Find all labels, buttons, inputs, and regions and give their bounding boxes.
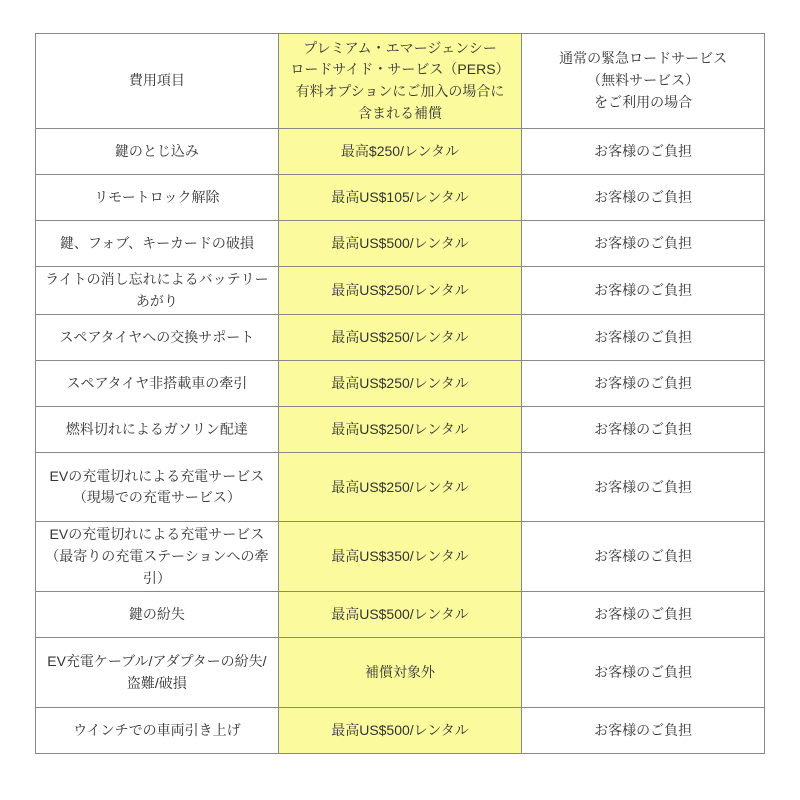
cost-item-cell: スペアタイヤへの交換サポート [36,315,279,361]
cost-item-cell: 鍵のとじ込み [36,129,279,175]
pers-coverage-cell: 補償対象外 [278,638,521,708]
pers-coverage-cell: 最高US$250/レンタル [278,315,521,361]
free-service-cell: お客様のご負担 [522,708,765,754]
table-row: EVの充電切れによる充電サービス （現場での充電サービス） 最高US$250/レ… [36,453,765,522]
table-row: リモートロック解除 最高US$105/レンタル お客様のご負担 [36,175,765,221]
free-service-cell: お客様のご負担 [522,407,765,453]
table-row: スペアタイヤ非搭載車の牽引 最高US$250/レンタル お客様のご負担 [36,361,765,407]
cost-item-cell: ウインチでの車両引き上げ [36,708,279,754]
table-row: 燃料切れによるガソリン配達 最高US$250/レンタル お客様のご負担 [36,407,765,453]
free-service-cell: お客様のご負担 [522,453,765,522]
table-row: EV充電ケーブル/アダプターの紛失/ 盗難/破損 補償対象外 お客様のご負担 [36,638,765,708]
free-service-cell: お客様のご負担 [522,315,765,361]
header-free-service: 通常の緊急ロードサービス （無料サービス） をご利用の場合 [522,34,765,129]
table-row: ライトの消し忘れによるバッテリーあがり 最高US$250/レンタル お客様のご負… [36,267,765,315]
pers-coverage-cell: 最高US$105/レンタル [278,175,521,221]
pers-coverage-cell: 最高US$500/レンタル [278,592,521,638]
table-row: ウインチでの車両引き上げ 最高US$500/レンタル お客様のご負担 [36,708,765,754]
pers-coverage-cell: 最高US$350/レンタル [278,522,521,592]
cost-item-cell: ライトの消し忘れによるバッテリーあがり [36,267,279,315]
free-service-cell: お客様のご負担 [522,592,765,638]
cost-item-cell: EV充電ケーブル/アダプターの紛失/ 盗難/破損 [36,638,279,708]
cost-comparison-table: 費用項目 プレミアム・エマージェンシー ロードサイド・サービス（PERS） 有料… [35,33,765,754]
cost-item-cell: スペアタイヤ非搭載車の牽引 [36,361,279,407]
pers-coverage-cell: 最高$250/レンタル [278,129,521,175]
pers-coverage-cell: 最高US$250/レンタル [278,453,521,522]
free-service-cell: お客様のご負担 [522,522,765,592]
table-row: 鍵の紛失 最高US$500/レンタル お客様のご負担 [36,592,765,638]
pers-coverage-cell: 最高US$500/レンタル [278,221,521,267]
header-cost-item: 費用項目 [36,34,279,129]
table-row: スペアタイヤへの交換サポート 最高US$250/レンタル お客様のご負担 [36,315,765,361]
pers-coverage-cell: 最高US$500/レンタル [278,708,521,754]
cost-item-cell: 鍵、フォブ、キーカードの破損 [36,221,279,267]
cost-item-cell: リモートロック解除 [36,175,279,221]
cost-item-cell: 鍵の紛失 [36,592,279,638]
free-service-cell: お客様のご負担 [522,129,765,175]
free-service-cell: お客様のご負担 [522,221,765,267]
free-service-cell: お客様のご負担 [522,638,765,708]
free-service-cell: お客様のご負担 [522,175,765,221]
cost-item-cell: EVの充電切れによる充電サービス （現場での充電サービス） [36,453,279,522]
table-row: EVの充電切れによる充電サービス （最寄りの充電ステーションへの牽引） 最高US… [36,522,765,592]
header-pers-coverage: プレミアム・エマージェンシー ロードサイド・サービス（PERS） 有料オプション… [278,34,521,129]
pers-coverage-cell: 最高US$250/レンタル [278,267,521,315]
table-header-row: 費用項目 プレミアム・エマージェンシー ロードサイド・サービス（PERS） 有料… [36,34,765,129]
table-row: 鍵、フォブ、キーカードの破損 最高US$500/レンタル お客様のご負担 [36,221,765,267]
pers-coverage-cell: 最高US$250/レンタル [278,407,521,453]
cost-item-cell: 燃料切れによるガソリン配達 [36,407,279,453]
free-service-cell: お客様のご負担 [522,267,765,315]
pers-coverage-cell: 最高US$250/レンタル [278,361,521,407]
table-row: 鍵のとじ込み 最高$250/レンタル お客様のご負担 [36,129,765,175]
free-service-cell: お客様のご負担 [522,361,765,407]
cost-comparison-table-wrapper: 費用項目 プレミアム・エマージェンシー ロードサイド・サービス（PERS） 有料… [35,33,765,754]
cost-item-cell: EVの充電切れによる充電サービス （最寄りの充電ステーションへの牽引） [36,522,279,592]
